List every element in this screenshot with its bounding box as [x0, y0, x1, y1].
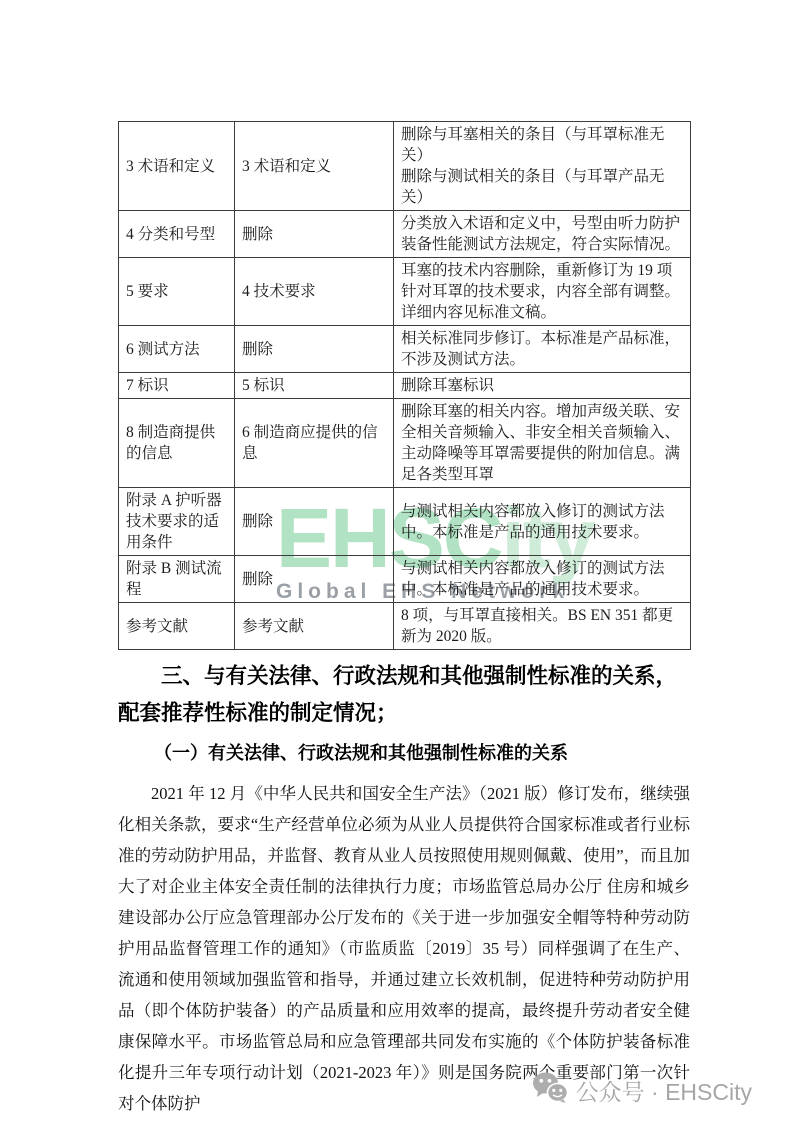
cell-change-note: 删除耳塞的相关内容。增加声级关联、安全相关音频输入、非安全相关音频输入、主动降噪… [394, 399, 691, 488]
cell-old-clause: 8 制造商提供的信息 [119, 399, 235, 488]
cell-new-clause: 删除 [235, 211, 394, 258]
cell-old-clause: 附录 B 测试流程 [119, 556, 235, 603]
cell-old-clause: 7 标识 [119, 373, 235, 399]
page-content: 3 术语和定义 3 术语和定义 删除与耳塞相关的条目（与耳罩标准无关） 删除与测… [118, 121, 690, 1119]
table-row: 4 分类和号型 删除 分类放入术语和定义中，号型由听力防护装备性能测试方法规定，… [119, 211, 691, 258]
cell-old-clause: 6 测试方法 [119, 326, 235, 373]
cell-change-note: 与测试相关内容都放入修订的测试方法中。本标准是产品的通用技术要求。 [394, 488, 691, 556]
section-subheading: （一）有关法律、行政法规和其他强制性标准的关系 [118, 740, 690, 766]
cell-change-note: 删除与耳塞相关的条目（与耳罩标准无关） 删除与测试相关的条目（与耳罩产品无关） [394, 122, 691, 211]
cell-new-clause: 3 术语和定义 [235, 122, 394, 211]
cell-old-clause: 附录 A 护听器技术要求的适用条件 [119, 488, 235, 556]
cell-old-clause: 参考文献 [119, 603, 235, 650]
wechat-icon [532, 1072, 568, 1108]
cell-new-clause: 6 制造商应提供的信息 [235, 399, 394, 488]
cell-old-clause: 4 分类和号型 [119, 211, 235, 258]
table-row: 8 制造商提供的信息 6 制造商应提供的信息 删除耳塞的相关内容。增加声级关联、… [119, 399, 691, 488]
page-number: 7 [0, 1031, 794, 1048]
section-heading-line1: 三、与有关法律、行政法规和其他强制性标准的关系， [118, 658, 690, 695]
cell-new-clause: 删除 [235, 556, 394, 603]
body-paragraph: 2021 年 12 月《中华人民共和国安全生产法》（2021 版）修订发布，继续… [118, 778, 690, 1119]
document-page: EHSCity Global EHS Network 3 术语和定义 3 术语和… [0, 0, 794, 1123]
section-heading-line2: 配套推荐性标准的制定情况； [118, 695, 690, 732]
cell-change-note: 与测试相关内容都放入修订的测试方法中。本标准是产品的通用技术要求。 [394, 556, 691, 603]
table-row: 参考文献 参考文献 8 项，与耳罩直接相关。BS EN 351 都更新为 202… [119, 603, 691, 650]
cell-new-clause: 参考文献 [235, 603, 394, 650]
cell-change-note: 8 项，与耳罩直接相关。BS EN 351 都更新为 2020 版。 [394, 603, 691, 650]
revision-comparison-table: 3 术语和定义 3 术语和定义 删除与耳塞相关的条目（与耳罩标准无关） 删除与测… [118, 121, 691, 650]
cell-old-clause: 3 术语和定义 [119, 122, 235, 211]
table-row: 7 标识 5 标识 删除耳塞标识 [119, 373, 691, 399]
section-heading: 三、与有关法律、行政法规和其他强制性标准的关系， 配套推荐性标准的制定情况； [118, 658, 690, 732]
cell-new-clause: 删除 [235, 326, 394, 373]
cell-new-clause: 4 技术要求 [235, 258, 394, 326]
cell-change-note: 相关标准同步修订。本标准是产品标准，不涉及测试方法。 [394, 326, 691, 373]
cell-change-note: 耳塞的技术内容删除，重新修订为 19 项针对耳罩的技术要求，内容全部有调整。详细… [394, 258, 691, 326]
table-row: 5 要求 4 技术要求 耳塞的技术内容删除，重新修订为 19 项针对耳罩的技术要… [119, 258, 691, 326]
cell-change-note: 分类放入术语和定义中，号型由听力防护装备性能测试方法规定，符合实际情况。 [394, 211, 691, 258]
cell-new-clause: 删除 [235, 488, 394, 556]
cell-old-clause: 5 要求 [119, 258, 235, 326]
cell-new-clause: 5 标识 [235, 373, 394, 399]
wechat-badge: 公众号 · EHSCity [532, 1072, 752, 1108]
table-row: 3 术语和定义 3 术语和定义 删除与耳塞相关的条目（与耳罩标准无关） 删除与测… [119, 122, 691, 211]
table-row: 附录 B 测试流程 删除 与测试相关内容都放入修订的测试方法中。本标准是产品的通… [119, 556, 691, 603]
cell-change-note: 删除耳塞标识 [394, 373, 691, 399]
wechat-label: 公众号 · EHSCity [576, 1074, 752, 1107]
table-row: 附录 A 护听器技术要求的适用条件 删除 与测试相关内容都放入修订的测试方法中。… [119, 488, 691, 556]
table-row: 6 测试方法 删除 相关标准同步修订。本标准是产品标准，不涉及测试方法。 [119, 326, 691, 373]
